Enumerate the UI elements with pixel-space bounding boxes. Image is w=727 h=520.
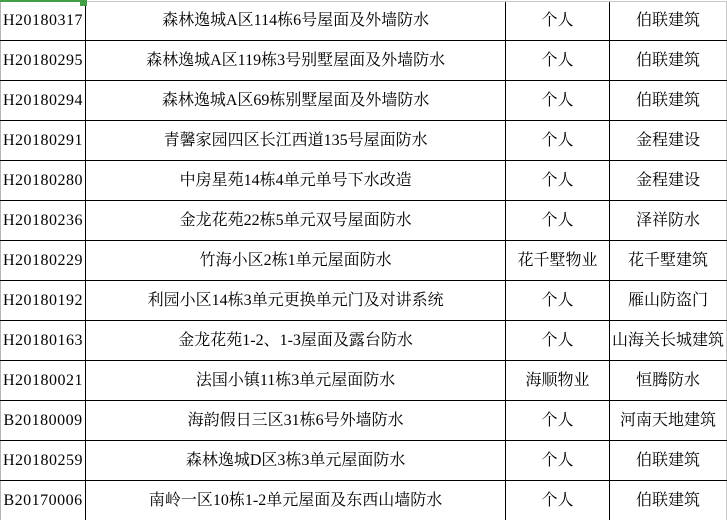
table-row: H20180317 森林逸城A区114栋6号屋面及外墙防水 个人 伯联建筑 <box>1 1 727 41</box>
cell-project-id[interactable]: H20180021 <box>1 361 86 401</box>
cell-contractor[interactable]: 恒腾防水 <box>609 361 726 401</box>
selection-fill-handle[interactable] <box>80 0 87 6</box>
table-row: H20180294 森林逸城A区69栋别墅屋面及外墙防水 个人 伯联建筑 <box>1 81 727 121</box>
records-table-body: H20180317 森林逸城A区114栋6号屋面及外墙防水 个人 伯联建筑 H2… <box>1 1 727 520</box>
table-row: H20180291 青馨家园四区长江西道135号屋面防水 个人 金程建设 <box>1 121 727 161</box>
cell-contractor[interactable]: 伯联建筑 <box>609 81 726 121</box>
cell-project-id[interactable]: H20180291 <box>1 121 86 161</box>
cell-contractor[interactable]: 伯联建筑 <box>609 481 726 520</box>
cell-applicant[interactable]: 个人 <box>506 281 610 321</box>
table-row: H20180295 森林逸城A区119栋3号别墅屋面及外墙防水 个人 伯联建筑 <box>1 41 727 81</box>
cell-project-name[interactable]: 青馨家园四区长江西道135号屋面防水 <box>86 121 506 161</box>
table-row: H20180229 竹海小区2栋1单元屋面防水 花千墅物业 花千墅建筑 <box>1 241 727 281</box>
cell-project-id[interactable]: H20180295 <box>1 41 86 81</box>
cell-applicant[interactable]: 个人 <box>506 1 610 41</box>
cell-contractor[interactable]: 雁山防盗门 <box>609 281 726 321</box>
cell-contractor[interactable]: 伯联建筑 <box>609 441 726 481</box>
cell-project-id[interactable]: B20180009 <box>1 401 86 441</box>
cell-applicant[interactable]: 个人 <box>506 481 610 520</box>
cell-project-id[interactable]: B20170006 <box>1 481 86 520</box>
cell-project-name[interactable]: 森林逸城A区114栋6号屋面及外墙防水 <box>86 1 506 41</box>
cell-project-name[interactable]: 利园小区14栋3单元更换单元门及对讲系统 <box>86 281 506 321</box>
cell-contractor[interactable]: 花千墅建筑 <box>609 241 726 281</box>
cell-project-id[interactable]: H20180229 <box>1 241 86 281</box>
cell-contractor[interactable]: 河南天地建筑 <box>609 401 726 441</box>
cell-project-name[interactable]: 法国小镇11栋3单元屋面防水 <box>86 361 506 401</box>
table-row: H20180259 森林逸城D区3栋3单元屋面防水 个人 伯联建筑 <box>1 441 727 481</box>
cell-project-id[interactable]: H20180236 <box>1 201 86 241</box>
top-gridline <box>87 1 727 2</box>
cell-applicant[interactable]: 个人 <box>506 201 610 241</box>
cell-project-name[interactable]: 森林逸城A区119栋3号别墅屋面及外墙防水 <box>86 41 506 81</box>
cell-project-name[interactable]: 中房星苑14栋4单元单号下水改造 <box>86 161 506 201</box>
cell-applicant[interactable]: 个人 <box>506 401 610 441</box>
cell-project-id[interactable]: H20180280 <box>1 161 86 201</box>
cell-contractor[interactable]: 伯联建筑 <box>609 41 726 81</box>
cell-applicant[interactable]: 海顺物业 <box>506 361 610 401</box>
cell-contractor[interactable]: 山海关长城建筑 <box>609 321 726 361</box>
cell-contractor[interactable]: 泽祥防水 <box>609 201 726 241</box>
cell-project-name[interactable]: 金龙花苑1-2、1-3屋面及露台防水 <box>86 321 506 361</box>
cell-contractor[interactable]: 金程建设 <box>609 121 726 161</box>
table-row: B20170006 南岭一区10栋1-2单元屋面及东西山墙防水 个人 伯联建筑 <box>1 481 727 520</box>
cell-project-name[interactable]: 森林逸城A区69栋别墅屋面及外墙防水 <box>86 81 506 121</box>
table-row: H20180192 利园小区14栋3单元更换单元门及对讲系统 个人 雁山防盗门 <box>1 281 727 321</box>
cell-applicant[interactable]: 个人 <box>506 81 610 121</box>
cell-applicant[interactable]: 个人 <box>506 321 610 361</box>
cell-applicant[interactable]: 个人 <box>506 441 610 481</box>
cell-project-id[interactable]: H20180163 <box>1 321 86 361</box>
cell-applicant[interactable]: 花千墅物业 <box>506 241 610 281</box>
cell-project-id[interactable]: H20180192 <box>1 281 86 321</box>
table-row: H20180280 中房星苑14栋4单元单号下水改造 个人 金程建设 <box>1 161 727 201</box>
cell-applicant[interactable]: 个人 <box>506 161 610 201</box>
cell-project-id[interactable]: H20180317 <box>1 1 86 41</box>
cell-project-name[interactable]: 森林逸城D区3栋3单元屋面防水 <box>86 441 506 481</box>
table-row: B20180009 海韵假日三区31栋6号外墙防水 个人 河南天地建筑 <box>1 401 727 441</box>
cell-project-name[interactable]: 竹海小区2栋1单元屋面防水 <box>86 241 506 281</box>
cell-project-id[interactable]: H20180259 <box>1 441 86 481</box>
table-row: H20180163 金龙花苑1-2、1-3屋面及露台防水 个人 山海关长城建筑 <box>1 321 727 361</box>
table-row: H20180021 法国小镇11栋3单元屋面防水 海顺物业 恒腾防水 <box>1 361 727 401</box>
cell-contractor[interactable]: 伯联建筑 <box>609 1 726 41</box>
selection-border-bottom <box>0 0 84 2</box>
records-table: H20180317 森林逸城A区114栋6号屋面及外墙防水 个人 伯联建筑 H2… <box>0 1 727 520</box>
cell-project-name[interactable]: 海韵假日三区31栋6号外墙防水 <box>86 401 506 441</box>
table-row: H20180236 金龙花苑22栋5单元双号屋面防水 个人 泽祥防水 <box>1 201 727 241</box>
cell-applicant[interactable]: 个人 <box>506 41 610 81</box>
spreadsheet-viewport: H20180317 森林逸城A区114栋6号屋面及外墙防水 个人 伯联建筑 H2… <box>0 0 727 520</box>
cell-applicant[interactable]: 个人 <box>506 121 610 161</box>
cell-project-name[interactable]: 金龙花苑22栋5单元双号屋面防水 <box>86 201 506 241</box>
cell-contractor[interactable]: 金程建设 <box>609 161 726 201</box>
cell-project-name[interactable]: 南岭一区10栋1-2单元屋面及东西山墙防水 <box>86 481 506 520</box>
cell-project-id[interactable]: H20180294 <box>1 81 86 121</box>
